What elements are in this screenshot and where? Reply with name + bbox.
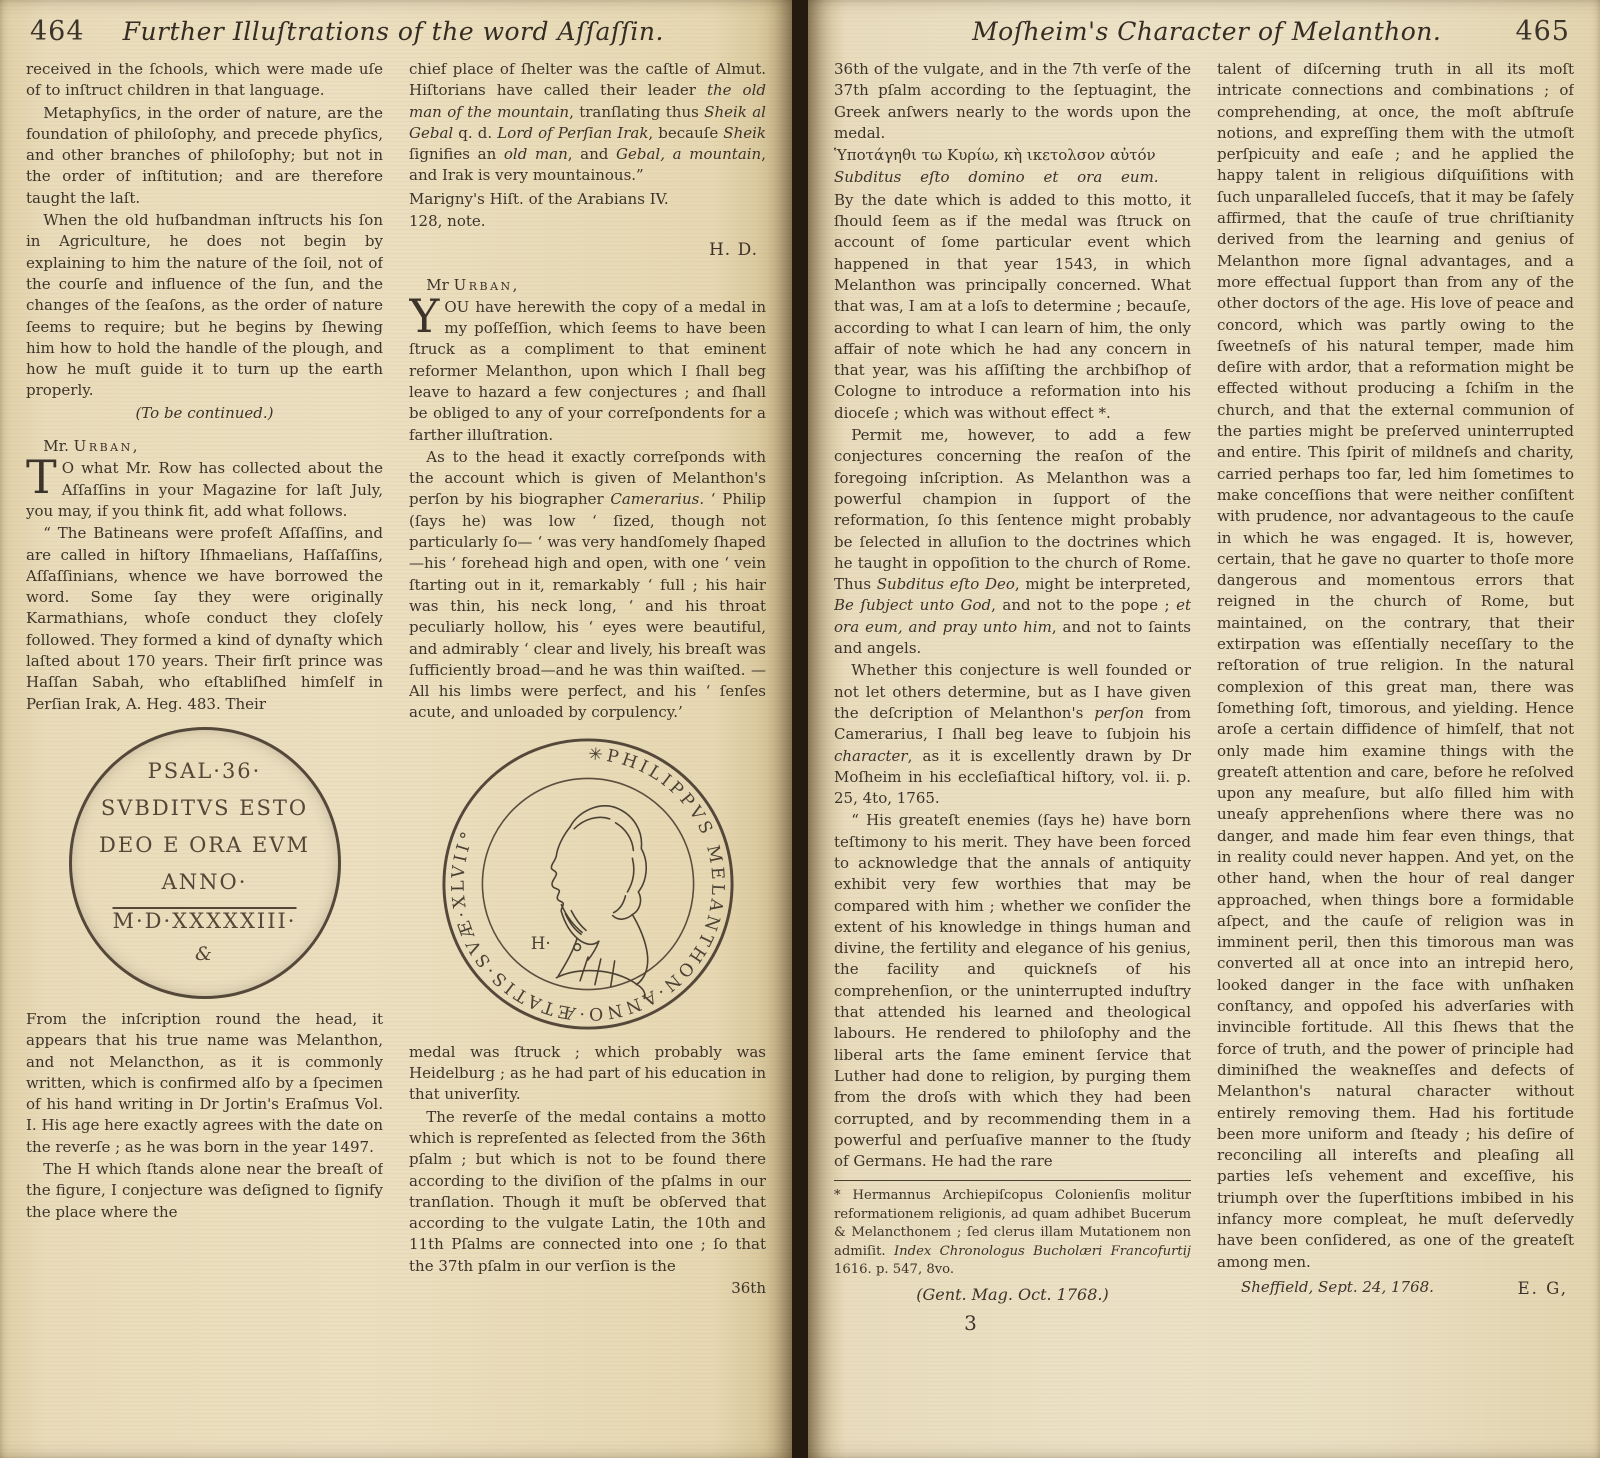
text-segment: character: [834, 747, 908, 765]
source-citation: Marigny's Hiſt. of the Arabians IV.: [409, 189, 766, 210]
text-segment: Gebal, a mountain: [616, 145, 761, 163]
text-segment: Subditus eſto Deo: [877, 575, 1015, 593]
text-segment: O what Mr. Row has collected about the A…: [26, 459, 383, 520]
gathering-signature-mark: 3: [834, 1309, 1191, 1337]
catchword: 36th: [409, 1278, 766, 1299]
salutation-prefix: Mr: [426, 276, 453, 294]
column-3: 36th of the vulgate, and in the 7th verſ…: [834, 59, 1191, 1431]
left-page-number: 464: [30, 16, 85, 47]
contributor-initials: H. D.: [409, 238, 758, 262]
medal-inscription-line: PSAL·36·: [148, 757, 262, 787]
medal-inscription-line: SVBDITVS ESTO: [101, 794, 308, 824]
dateline-text: Sheffield, Sept. 24, 1768.: [1241, 1277, 1434, 1300]
left-running-title: Further Illuſtrations of the word Aſſaſſ…: [85, 17, 702, 46]
text-segment: Camerarius.: [610, 490, 704, 508]
left-columns: received in the ſchools, which were made…: [0, 51, 792, 1431]
salutation: Mr. Urban,: [26, 436, 383, 457]
paragraph: As to the head it exactly correſponds wi…: [409, 447, 766, 724]
salutation: Mr Urban,: [409, 275, 766, 296]
paragraph-dropcap: TO what Mr. Row has collected about the …: [26, 458, 383, 522]
column-4: talent of diſcerning truth in all its mo…: [1217, 59, 1574, 1431]
text-segment: old man: [504, 145, 568, 163]
salutation-prefix: Mr.: [43, 437, 73, 455]
medal-outer-ring: [443, 740, 731, 1028]
medal-inscription-line: DEO E ORA EVM: [99, 831, 310, 861]
melanthon-portrait-medal: ✳PHILIPPVS MELANTHON·ANNO·ÆTATIS·SVÆ·XLV…: [440, 736, 736, 1032]
paragraph: By the date which is added to this motto…: [834, 190, 1191, 424]
page-right-465: Moſheim's Character of Melanthon. 465 36…: [808, 0, 1600, 1458]
to-be-continued-note: (To be continued.): [26, 403, 383, 424]
paragraph: chief place of ſhelter was the caſtle of…: [409, 59, 766, 187]
medal-flourish-mark: &: [195, 941, 214, 968]
medal-circular-inscription: ✳PHILIPPVS MELANTHON·ANNO·ÆTATIS·SVÆ·XLV…: [448, 744, 727, 1023]
paragraph: Permit me, however, to add a few conject…: [834, 425, 1191, 659]
text-segment: Lord of Perſian Irak: [497, 124, 648, 142]
text-segment: ſignifies an: [409, 145, 504, 163]
salutation-name: Urban,: [454, 276, 520, 294]
latin-gloss-line: Subditus eſto domino et ora eum.: [834, 167, 1191, 188]
drop-capital: T: [26, 458, 62, 496]
footnote-rule: [834, 1180, 1191, 1181]
source-citation-page: 128, note.: [409, 211, 766, 232]
author-initials: E. G,: [1518, 1277, 1568, 1300]
text-segment: , tranſlating thus: [569, 103, 704, 121]
text-segment: , becauſe: [648, 124, 723, 142]
medal-inscription-line: ANNO·: [162, 868, 248, 898]
text-segment: , and not to the pope ;: [991, 596, 1176, 614]
paragraph: The reverſe of the medal contains a mott…: [409, 1107, 766, 1277]
melanthon-bust-illustration: [551, 806, 647, 999]
column-1: received in the ſchools, which were made…: [26, 59, 383, 1431]
paragraph: medal was ſtruck ; which probably was He…: [409, 1042, 766, 1106]
salutation-name: Urban,: [74, 437, 140, 455]
greek-motto-line: Ὑποτάγηθι τω Κυρίω, κὴ ικετολσον αὐτόν: [834, 145, 1191, 166]
right-columns: 36th of the vulgate, and in the 7th verſ…: [808, 51, 1600, 1431]
text-segment: OU have herewith the copy of a medal in …: [409, 298, 766, 444]
left-page-header: 464 Further Illuſtrations of the word Aſ…: [0, 0, 792, 51]
paragraph: The H which ſtands alone near the breaſt…: [26, 1159, 383, 1223]
paragraph: Whether this conjecture is well founded …: [834, 660, 1191, 809]
medal-obverse-figure: ✳PHILIPPVS MELANTHON·ANNO·ÆTATIS·SVÆ·XLV…: [409, 736, 766, 1032]
text-segment: q. d.: [453, 124, 497, 142]
paragraph: received in the ſchools, which were made…: [26, 59, 383, 102]
medal-reverse-figure: PSAL·36· SVBDITVS ESTO DEO E ORA EVM ANN…: [26, 727, 383, 999]
paragraph: talent of diſcerning truth in all its mo…: [1217, 59, 1574, 1273]
paragraph-dropcap: YOU have herewith the copy of a medal in…: [409, 297, 766, 446]
right-running-title: Moſheim's Character of Melanthon.: [898, 17, 1515, 46]
paragraph: “ The Batineans were profeſt Aſſaſſins, …: [26, 523, 383, 715]
page-left-464: 464 Further Illuſtrations of the word Aſ…: [0, 0, 792, 1458]
text-segment: Sheik: [723, 124, 766, 142]
magazine-spread: 464 Further Illuſtrations of the word Aſ…: [0, 0, 1600, 1458]
text-segment: Permit me, however, to add a few conject…: [834, 426, 1191, 593]
medal-reverse-circle: PSAL·36· SVBDITVS ESTO DEO E ORA EVM ANN…: [69, 727, 341, 999]
paragraph: 36th of the vulgate, and in the 7th verſ…: [834, 59, 1191, 144]
right-page-header: Moſheim's Character of Melanthon. 465: [808, 0, 1600, 51]
text-segment: 1616. p. 547, 8vo.: [834, 1262, 954, 1277]
column-2: chief place of ſhelter was the caſtle of…: [409, 59, 766, 1431]
paragraph: From the inſcription round the head, it …: [26, 1009, 383, 1158]
issue-citation: (Gent. Mag. Oct. 1768.): [834, 1284, 1191, 1307]
drop-capital: Y: [409, 297, 444, 335]
dateline-row: Sheffield, Sept. 24, 1768. E. G,: [1217, 1277, 1574, 1300]
right-page-number: 465: [1515, 16, 1570, 47]
text-segment: Be ſubject unto God: [834, 596, 991, 614]
text-segment: , might be interpreted,: [1015, 575, 1191, 593]
text-segment: perſon: [1094, 704, 1144, 722]
paragraph: When the old huſbandman inſtructs his ſo…: [26, 210, 383, 402]
text-segment: ‘ Philip (ſays he) was low ‘ ſized, thou…: [409, 490, 766, 721]
medal-engraver-initial: H·: [530, 933, 550, 953]
paragraph: Metaphyſics, in the order of nature, are…: [26, 103, 383, 209]
medal-date-roman-numerals: M·D·XXXXXIII·: [112, 907, 296, 937]
text-segment: , and: [568, 145, 616, 163]
paragraph: “ His greateſt enemies (ſays he) have bo…: [834, 810, 1191, 1172]
footnote: * Hermannus Archiepiſcopus Colonienſis m…: [834, 1187, 1191, 1279]
text-segment: Index Chronologus Bucholæri Francofurtij: [894, 1244, 1191, 1259]
